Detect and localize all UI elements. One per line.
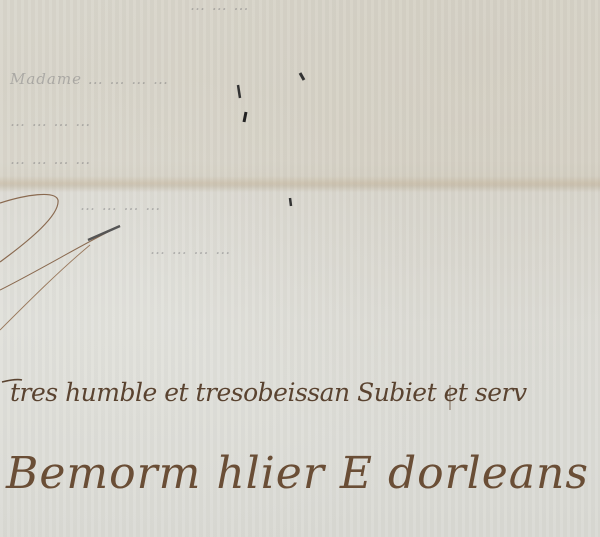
closing-salutation: tres humble et tresobeissan Subiet et se… — [10, 378, 600, 407]
signature: Bemorm hlier E dorleans — [6, 448, 589, 499]
